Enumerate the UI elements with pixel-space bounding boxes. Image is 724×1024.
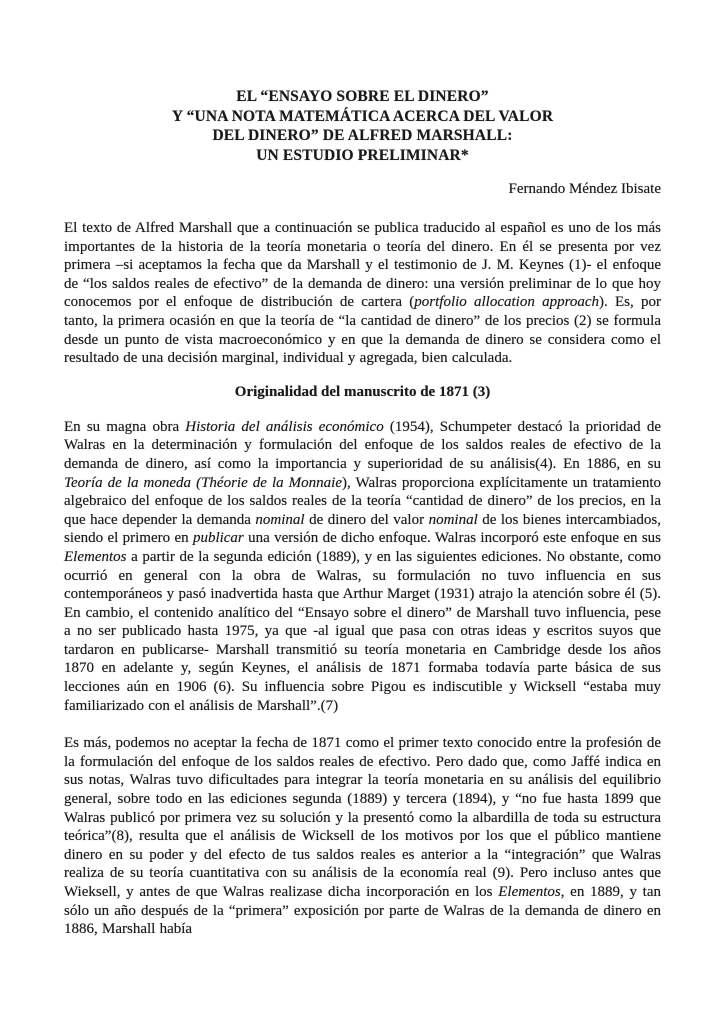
paragraph-originality: En su magna obra Historia del análisis e… xyxy=(64,418,661,716)
italic-text-run: Elementos xyxy=(64,549,126,565)
text-run: una versión de dicho enfoque. Walras inc… xyxy=(244,530,661,546)
text-run: de dinero del valor xyxy=(305,512,429,528)
italic-text-run: Elementos xyxy=(498,884,560,900)
text-run: Es más, podemos no aceptar la fecha de 1… xyxy=(64,735,661,900)
italic-text-run: portfolio allocation approach xyxy=(414,294,599,310)
italic-text-run: nominal xyxy=(429,512,478,528)
italic-text-run: publicar xyxy=(193,530,244,546)
author-byline: Fernando Méndez Ibisate xyxy=(64,180,661,199)
paragraph-priority-discussion: Es más, podemos no aceptar la fecha de 1… xyxy=(64,734,661,939)
title-line-1: EL “ENSAYO SOBRE EL DINERO” xyxy=(64,87,661,107)
paragraph-intro: El texto de Alfred Marshall que a contin… xyxy=(64,219,661,368)
title-line-3: DEL DINERO” DE ALFRED MARSHALL: xyxy=(64,126,661,146)
italic-text-run: nominal xyxy=(255,512,304,528)
title-line-4: UN ESTUDIO PRELIMINAR* xyxy=(64,146,661,166)
text-run: a partir de la segunda edición (1889), y… xyxy=(64,549,661,714)
section-heading: Originalidad del manuscrito de 1871 (3) xyxy=(64,383,661,402)
title-line-2: Y “UNA NOTA MATEMÁTICA ACERCA DEL VALOR xyxy=(64,107,661,127)
italic-text-run: Historia del análisis económico xyxy=(185,419,383,435)
italic-text-run: Teoría de la moneda (Théorie de la Monna… xyxy=(64,475,342,491)
text-run: En su magna obra xyxy=(64,419,185,435)
article-title: EL “ENSAYO SOBRE EL DINERO” Y “UNA NOTA … xyxy=(64,87,661,165)
document-page: EL “ENSAYO SOBRE EL DINERO” Y “UNA NOTA … xyxy=(0,0,724,1024)
